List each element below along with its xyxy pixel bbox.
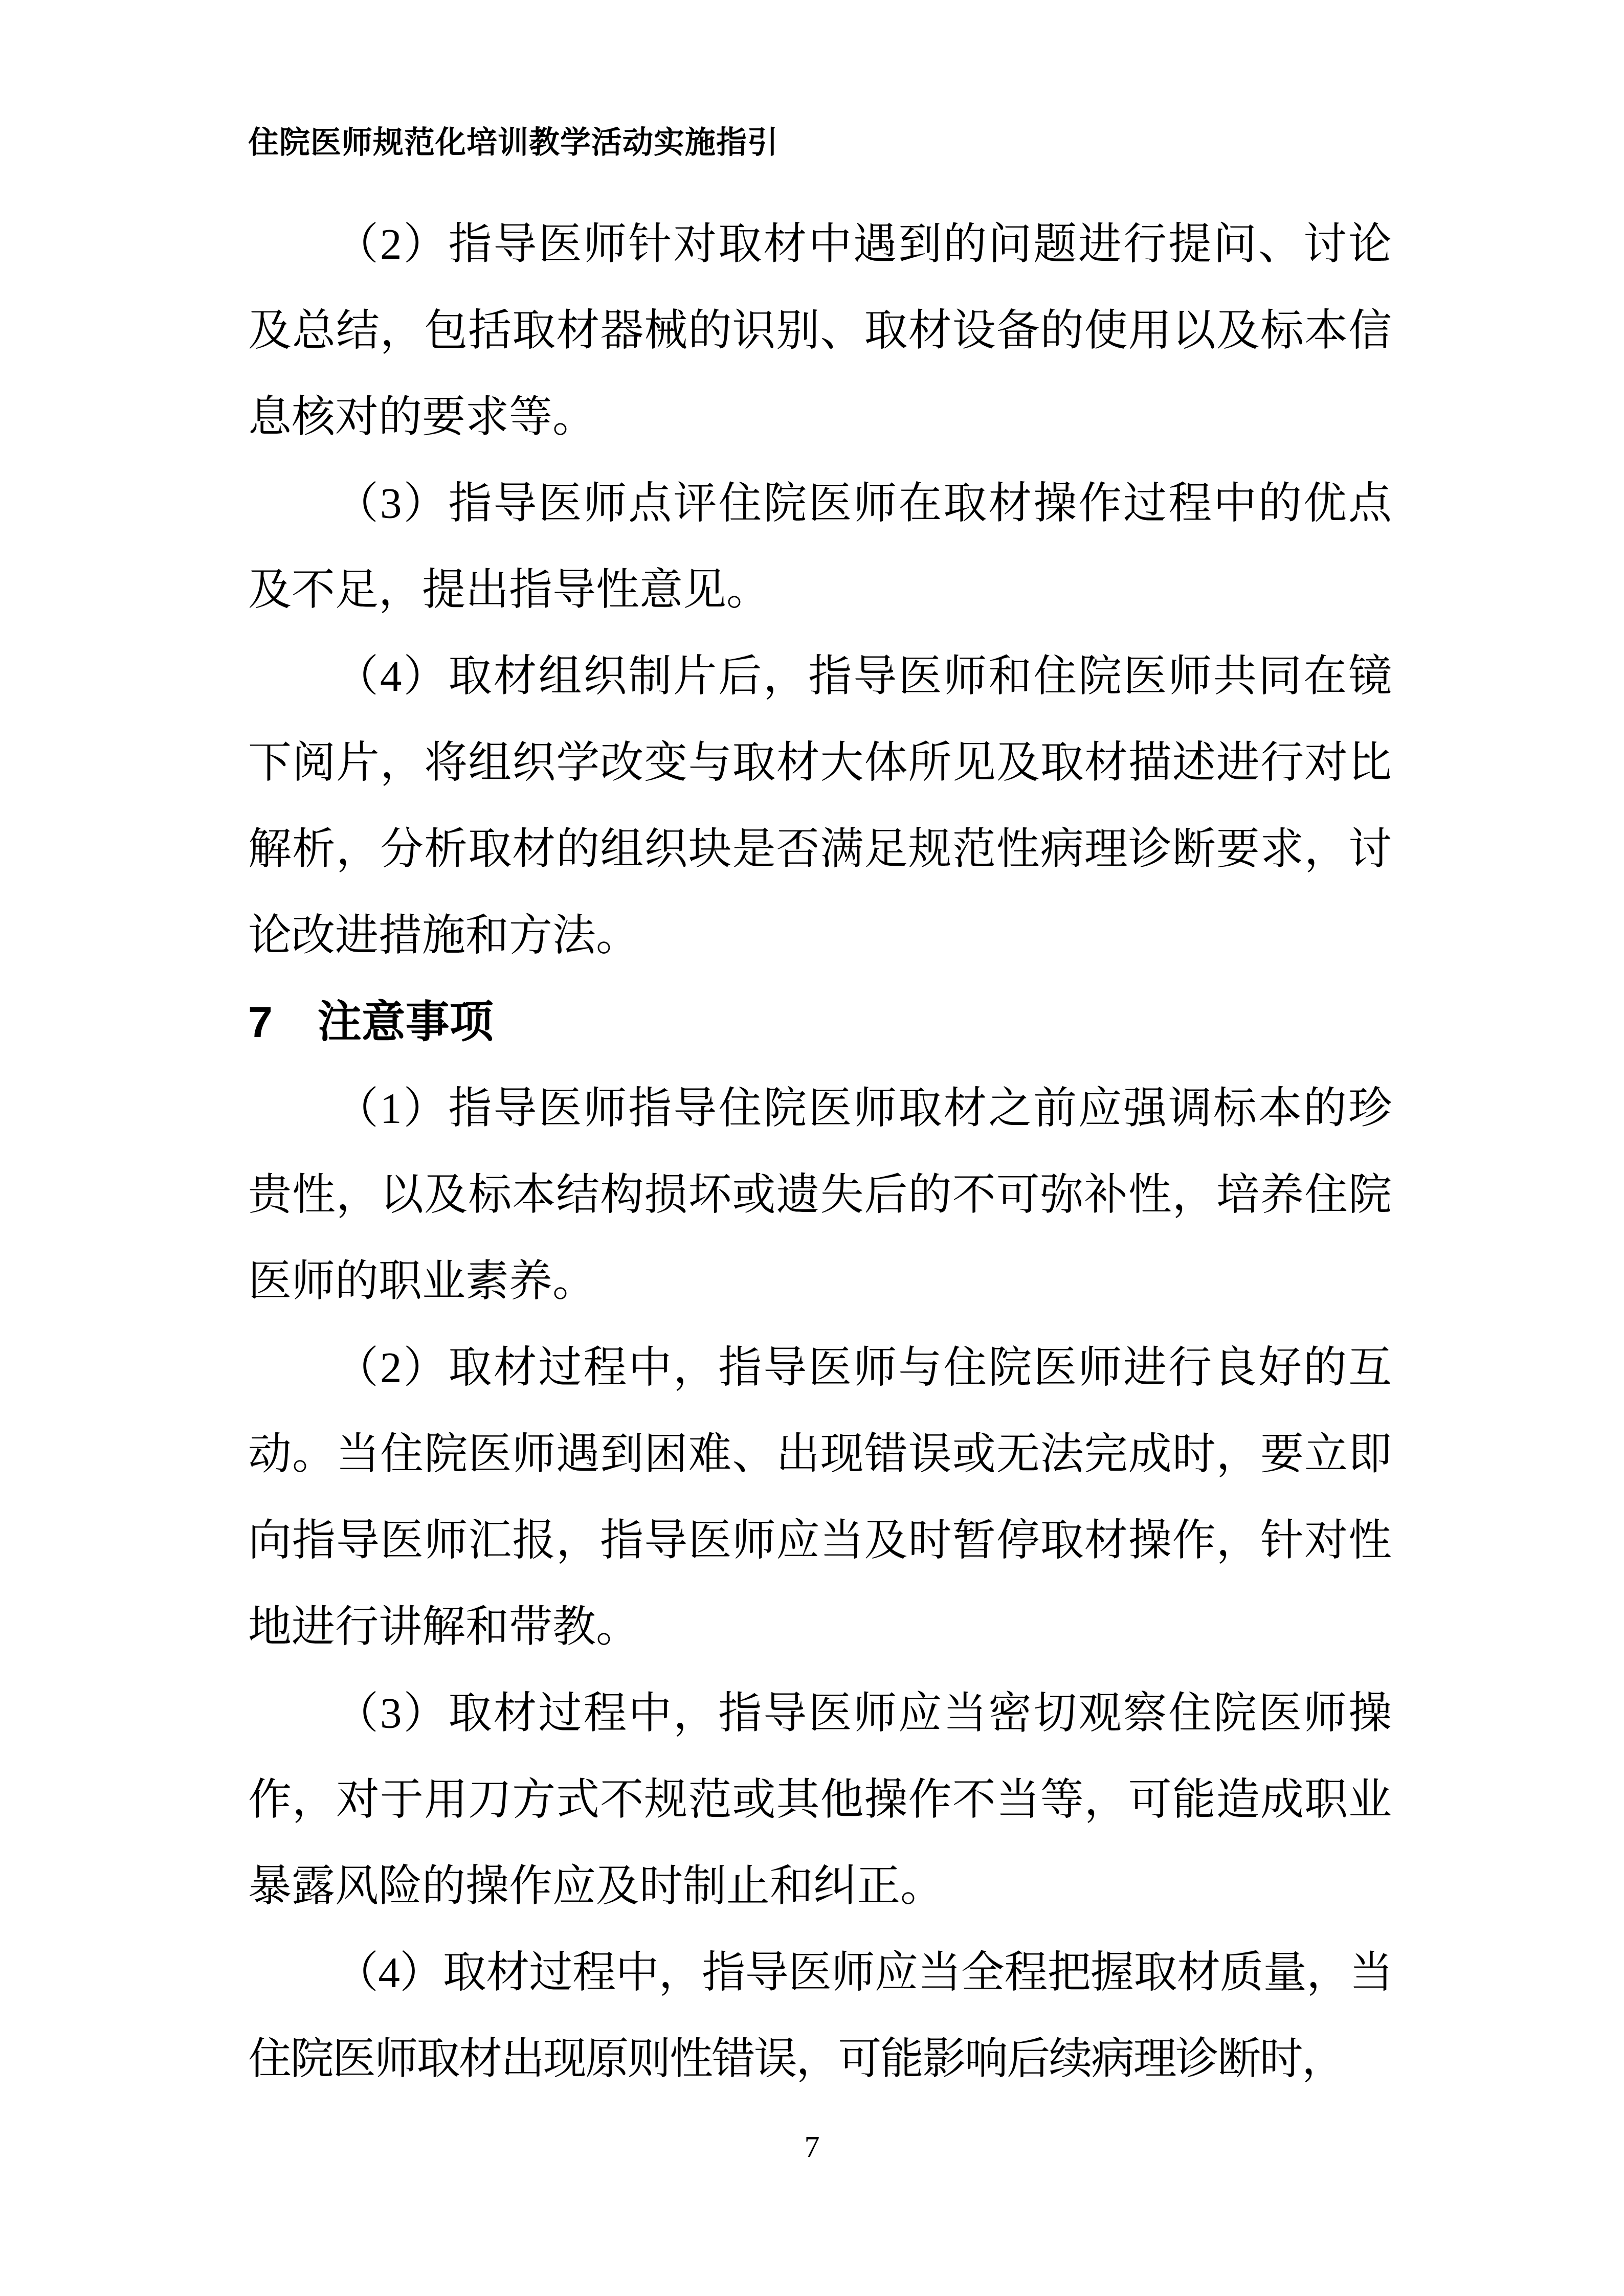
page-number: 7 (0, 2128, 1624, 2165)
paragraph: （4）取材组织制片后，指导医师和住院医师共同在镜下阅片，将组织学改变与取材大体所… (248, 634, 1392, 979)
section-number: 7 (248, 979, 273, 1066)
paragraph: （3）指导医师点评住院医师在取材操作过程中的优点及不足，提出指导性意见。 (248, 461, 1392, 634)
paragraph: （4）取材过程中，指导医师应当全程把握取材质量，当住院医师取材出现原则性错误，可… (248, 1930, 1392, 2103)
paragraph: （1）指导医师指导住院医师取材之前应强调标本的珍贵性，以及标本结构损坏或遗失后的… (248, 1066, 1392, 1325)
paragraph: （3）取材过程中，指导医师应当密切观察住院医师操作，对于用刀方式不规范或其他操作… (248, 1671, 1392, 1930)
section-heading: 7注意事项 (248, 979, 1392, 1066)
page-header-title: 住院医师规范化培训教学活动实施指引 (248, 123, 1392, 163)
document-page: 住院医师规范化培训教学活动实施指引 （2）指导医师针对取材中遇到的问题进行提问、… (0, 0, 1624, 2296)
paragraph: （2）指导医师针对取材中遇到的问题进行提问、讨论及总结，包括取材器械的识别、取材… (248, 201, 1392, 461)
document-body: （2）指导医师针对取材中遇到的问题进行提问、讨论及总结，包括取材器械的识别、取材… (248, 201, 1392, 2103)
section-title: 注意事项 (318, 998, 494, 1047)
paragraph: （2）取材过程中，指导医师与住院医师进行良好的互动。当住院医师遇到困难、出现错误… (248, 1325, 1392, 1671)
